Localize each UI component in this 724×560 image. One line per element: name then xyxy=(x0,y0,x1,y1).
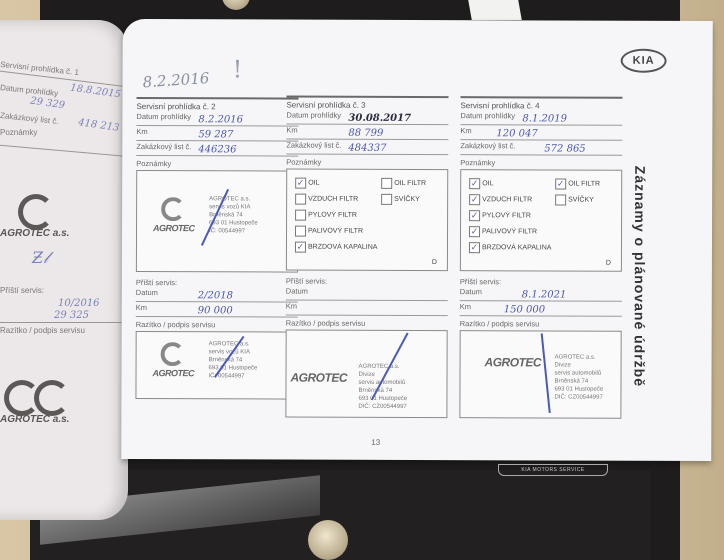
km-label: Km xyxy=(286,126,297,135)
next-date-label: Datum xyxy=(136,288,158,297)
order-label: Zakázkový list č. xyxy=(286,141,341,150)
order-field: Zakázkový list č.484337 xyxy=(286,141,448,156)
date-field: Datum prohlídky30.08.2017 xyxy=(286,111,448,126)
order-field: Zakázkový list č.446236 xyxy=(136,142,298,157)
next-date-value: 8.1.2021 xyxy=(522,289,567,300)
km-field: Km59 287 xyxy=(136,127,298,142)
km-value: 88 799 xyxy=(348,128,383,139)
notes-label: Poznámky xyxy=(136,159,298,169)
agrotec-logo: AGROTEC a.s. xyxy=(0,228,69,239)
stamp-text: AGROTEC a.s.Divizeservis automobilůBrněn… xyxy=(358,363,407,411)
checklist-code: D xyxy=(432,259,437,266)
next-date-label: Datum xyxy=(286,287,308,296)
checkbox-pollen-filter: ✓PYLOVÝ FILTR xyxy=(469,210,531,221)
agrotec-logo: AGROTEC a.s. xyxy=(0,414,69,425)
next-km-field: Km150 000 xyxy=(460,302,622,317)
checkbox-air-filter: VZDUCH FILTR xyxy=(295,194,358,205)
handwritten-exclamation: ! xyxy=(233,55,243,83)
check-icon: ✓ xyxy=(469,178,480,189)
left-km-value: 29 329 xyxy=(29,96,65,112)
left-notes-label: Poznámky xyxy=(0,128,37,137)
stamp-box: AGROTEC AGROTEC a.s.servis vozů KIABrněn… xyxy=(135,331,297,400)
divider xyxy=(0,322,128,323)
left-order-value: 418 213 xyxy=(77,117,119,134)
check-icon: ✓ xyxy=(469,194,480,205)
left-next-km: 29 325 xyxy=(54,310,89,321)
inspection-3: Servisní prohlídka č. 3 Datum prohlídky3… xyxy=(285,96,448,419)
checkbox-oil-filter: OIL FILTR xyxy=(381,178,426,189)
km-value: 120 047 xyxy=(496,128,537,139)
km-field: Km88 799 xyxy=(286,126,448,141)
order-value: 484337 xyxy=(348,143,386,154)
left-order-label: Zakázkový list č. xyxy=(0,111,59,126)
date-label: Datum prohlídky xyxy=(136,112,191,121)
notes-box-stamp: AGROTEC AGROTEC a.s.servis vozů KIABrněn… xyxy=(136,170,298,273)
next-km-field: Km xyxy=(286,302,448,317)
check-icon: ✓ xyxy=(469,242,480,253)
agrotec-gear-icon xyxy=(18,194,54,230)
agrotec-stamp: AGROTEC AGROTEC a.s.servis vozů KIABrněn… xyxy=(146,336,286,396)
date-field: Datum prohlídky8.2.2016 xyxy=(136,112,298,127)
date-value: 8.1.2019 xyxy=(522,113,567,124)
agrotec-gear-icon xyxy=(161,197,185,221)
divider xyxy=(0,144,128,157)
checklist-box: ✓OIL ✓OIL FILTR ✓VZDUCH FILTR SVÍČKY ✓PY… xyxy=(460,169,622,272)
stamp-label: Razítko / podpis servisu xyxy=(136,320,298,330)
divider xyxy=(286,96,448,99)
km-label: Km xyxy=(136,127,147,136)
divider xyxy=(136,97,298,100)
notes-label: Poznámky xyxy=(286,158,448,168)
next-service-label: Příští servis: xyxy=(460,277,622,287)
next-date-value: 2/2018 xyxy=(198,290,233,301)
check-icon: ✓ xyxy=(555,178,566,189)
check-icon: ✓ xyxy=(469,210,480,221)
checkbox-brake-fluid: ✓BRZDOVÁ KAPALINA xyxy=(469,242,552,253)
checklist-code: D xyxy=(606,260,611,267)
agrotec-logo: AGROTEC xyxy=(290,371,347,385)
section-title: Záznamy o plánované údržbě xyxy=(631,166,648,387)
checkbox-fuel-filter: ✓PALIVOVÝ FILTR xyxy=(469,226,537,237)
agrotec-gear-icon xyxy=(34,380,70,416)
inspection-2: Servisní prohlídka č. 2 Datum prohlídky8… xyxy=(135,97,298,400)
agrotec-stamp: AGROTEC AGROTEC a.s.Divizeservis automob… xyxy=(296,361,436,421)
next-km-value: 150 000 xyxy=(504,304,545,315)
next-km-label: Km xyxy=(460,302,471,311)
checkbox-pollen-filter: PYLOVÝ FILTR xyxy=(295,210,357,221)
stamp-label: Razítko / podpis servisu xyxy=(460,319,622,329)
next-km-label: Km xyxy=(136,303,147,312)
stamp-box: AGROTEC AGROTEC a.s.Divizeservis automob… xyxy=(459,330,621,419)
signature xyxy=(541,333,551,413)
inspection-4: Servisní prohlídka č. 4 Datum prohlídky8… xyxy=(459,96,622,419)
inspection-title: Servisní prohlídka č. 4 xyxy=(460,101,622,111)
left-page: Servisní prohlídka č. 1 Datum prohlídky … xyxy=(0,20,128,520)
left-next-label: Příští servis: xyxy=(0,286,44,295)
snap-button xyxy=(308,520,348,560)
km-label: Km xyxy=(460,126,471,135)
handwritten-date: 8.2.2016 xyxy=(142,69,210,91)
next-service-label: Příští servis: xyxy=(286,277,448,287)
paper-edge xyxy=(468,0,522,20)
km-field: Km120 047 xyxy=(460,126,622,141)
inspection-title: Servisní prohlídka č. 2 xyxy=(136,102,298,112)
checklist-box: ✓OIL OIL FILTR VZDUCH FILTR SVÍČKY PYLOV… xyxy=(286,169,448,272)
notes-label: Poznámky xyxy=(460,158,622,168)
agrotec-logo: AGROTEC xyxy=(153,223,195,233)
date-value: 30.08.2017 xyxy=(348,113,411,124)
divider xyxy=(460,96,622,99)
check-icon: ✓ xyxy=(295,242,306,253)
date-label: Datum prohlídky xyxy=(286,111,341,120)
check-icon: ✓ xyxy=(469,226,480,237)
next-km-value: 90 000 xyxy=(198,305,233,316)
date-field: Datum prohlídky8.1.2019 xyxy=(460,111,622,126)
left-date-label: Datum prohlídky xyxy=(0,83,59,98)
next-service-label: Příští servis: xyxy=(136,278,298,288)
checkbox-air-filter: ✓VZDUCH FILTR xyxy=(469,194,532,205)
next-km-label: Km xyxy=(286,302,297,311)
next-date-field: Datum2/2018 xyxy=(136,288,298,303)
next-date-field: Datum8.1.2021 xyxy=(460,287,622,302)
date-value: 8.2.2016 xyxy=(198,114,243,125)
checkbox-spark-plugs: SVÍČKY xyxy=(381,194,420,205)
next-date-label: Datum xyxy=(460,287,482,296)
stamp-text: AGROTEC a.s.Divizeservis automobilůBrněn… xyxy=(554,353,603,401)
left-stamp-label: Razítko / podpis servisu xyxy=(0,326,85,335)
checkbox-oil: ✓OIL xyxy=(295,178,319,189)
stamp-label: Razítko / podpis servisu xyxy=(286,319,448,329)
left-next-date: 10/2016 xyxy=(58,298,100,309)
order-field: Zakázkový list č.572 865 xyxy=(460,141,622,156)
agrotec-stamp: AGROTEC AGROTEC a.s.Divizeservis automob… xyxy=(470,349,610,409)
order-label: Zakázkový list č. xyxy=(460,141,515,150)
kia-logo: KIA xyxy=(621,49,667,73)
order-value: 446236 xyxy=(198,144,236,155)
right-page: 8.2.2016 ! KIA Záznamy o plánované údržb… xyxy=(121,19,713,461)
order-label: Zakázkový list č. xyxy=(136,142,191,151)
agrotec-stamp: AGROTEC AGROTEC a.s.servis vozů KIABrněn… xyxy=(147,191,287,251)
checkbox-oil-filter: ✓OIL FILTR xyxy=(555,178,600,189)
checkbox-oil: ✓OIL xyxy=(469,178,493,189)
kia-motors-service-badge: KIA MOTORS SERVICE xyxy=(498,464,608,476)
date-label: Datum prohlídky xyxy=(460,111,515,120)
next-date-field: Datum xyxy=(286,287,448,302)
checkbox-spark-plugs: SVÍČKY xyxy=(555,194,594,205)
checkbox-brake-fluid: ✓BRZDOVÁ KAPALINA xyxy=(295,242,378,253)
signature: Ƶ𝓁 xyxy=(32,248,48,268)
page-number: 13 xyxy=(371,438,380,447)
check-icon: ✓ xyxy=(295,178,306,189)
order-value: 572 865 xyxy=(544,143,585,154)
next-km-field: Km90 000 xyxy=(136,303,298,318)
km-value: 59 287 xyxy=(198,129,233,140)
agrotec-logo: AGROTEC xyxy=(153,368,195,378)
agrotec-logo: AGROTEC xyxy=(485,355,542,369)
stamp-box: AGROTEC AGROTEC a.s.Divizeservis automob… xyxy=(285,330,447,419)
agrotec-gear-icon xyxy=(161,342,185,366)
inspection-title: Servisní prohlídka č. 3 xyxy=(286,101,448,111)
checkbox-fuel-filter: PALIVOVÝ FILTR xyxy=(295,226,363,237)
